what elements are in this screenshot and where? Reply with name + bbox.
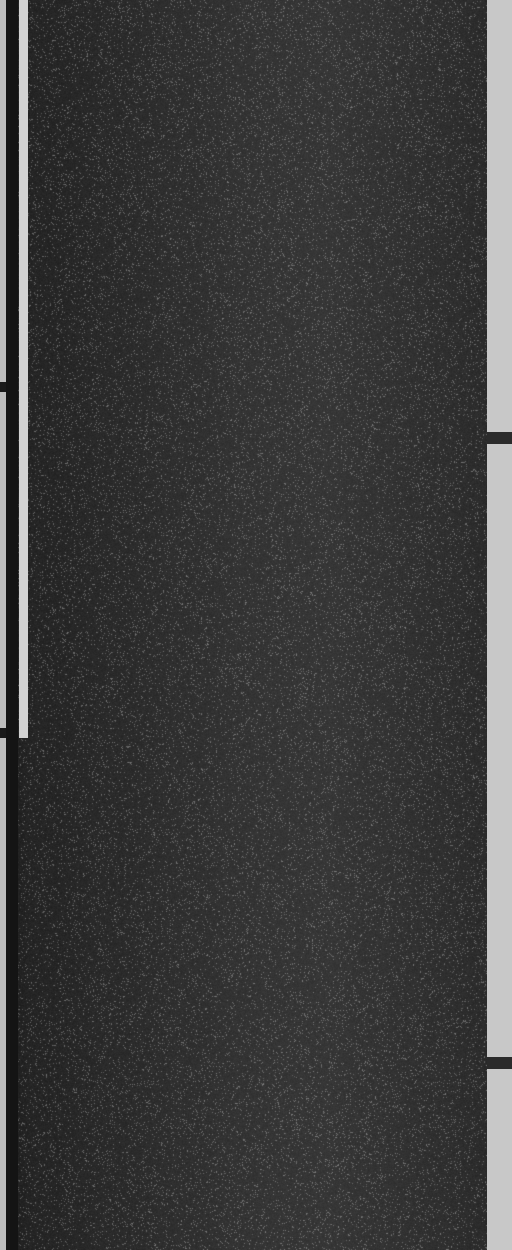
shoulder-gap xyxy=(487,1057,512,1069)
lane-line-marking xyxy=(19,0,28,738)
dark-seam xyxy=(6,0,18,1250)
shoulder-gap xyxy=(487,432,512,444)
asphalt-texture xyxy=(0,0,512,1250)
road-surface xyxy=(0,0,512,1250)
